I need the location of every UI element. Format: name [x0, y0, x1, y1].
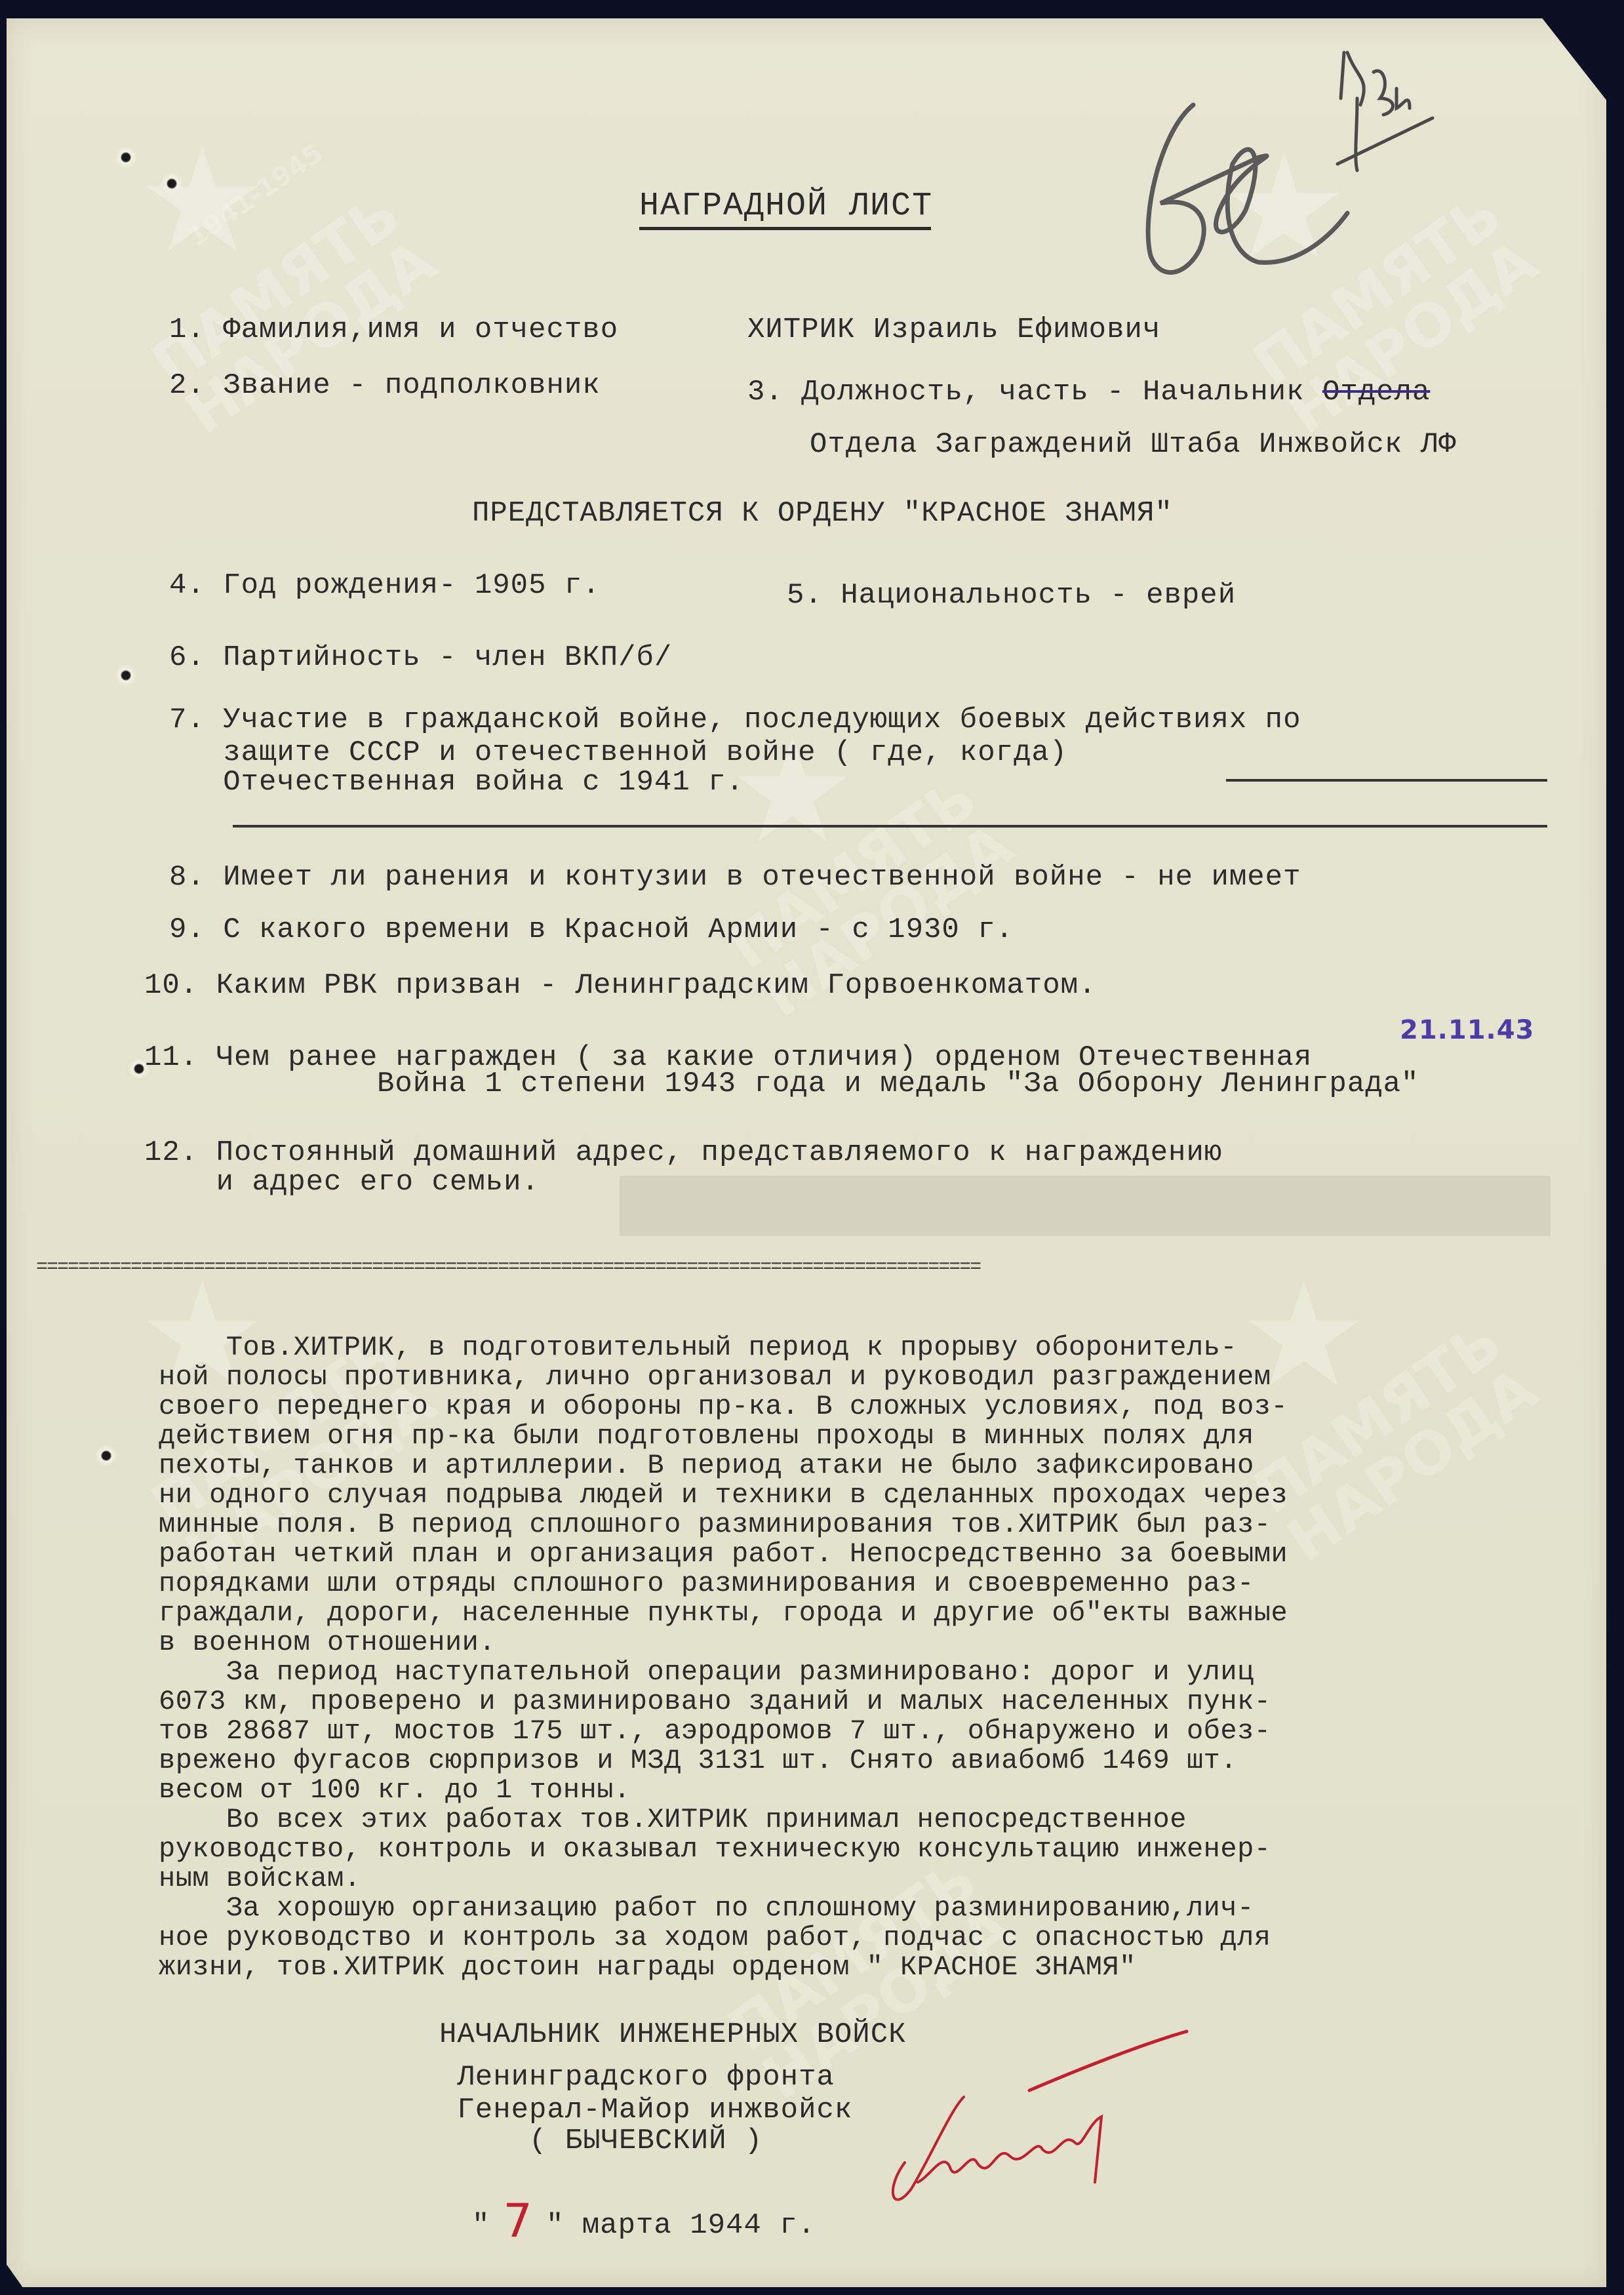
punch-hole	[115, 146, 137, 169]
handwritten-number	[1121, 0, 1619, 328]
narrative-line: пехоты, танков и артиллерии. В период ат…	[159, 1451, 1601, 1481]
narrative-line: врежено фугасов сюрпризов и МЗД 3131 шт.…	[159, 1746, 1601, 1776]
signature-red	[879, 2018, 1337, 2228]
narrative-line: тов 28687 шт, мостов 175 шт., аэродромов…	[159, 1717, 1601, 1746]
field-position: 3. Должность, часть - Начальник Отдела	[747, 376, 1430, 409]
narrative-line: граждали, дороги, населенные пункты, гор…	[159, 1599, 1601, 1628]
field-position-line2: Отдела Заграждений Штаба Инжвойск ЛФ	[810, 428, 1457, 461]
signatory-title: НАЧАЛЬНИК ИНЖЕНЕРНЫХ ВОЙСК	[439, 2018, 907, 2051]
narrative-line: ни одного случая подрыва людей и техники…	[159, 1481, 1601, 1510]
field-army-since: 9. С какого времени в Красной Армии - с …	[169, 913, 1014, 946]
narrative-line: в военном отношении.	[159, 1628, 1601, 1658]
narrative-line: весом от 100 кг. до 1 тонны.	[159, 1776, 1601, 1805]
field-full-name-label: 1. Фамилия,имя и отчество	[169, 313, 618, 346]
field-birth-year: 4. Год рождения- 1905 г.	[169, 569, 601, 602]
narrative-line: минные поля. В период сплошного разминир…	[159, 1510, 1601, 1540]
punch-hole	[161, 172, 183, 195]
fill-line	[1226, 779, 1547, 782]
field-draft-office: 10. Каким РВК призван - Ленинградским Го…	[144, 969, 1096, 1002]
field-full-name-value: ХИТРИК Израиль Ефимович	[747, 313, 1160, 346]
field-home-address-line2: и адрес его семьи.	[144, 1166, 540, 1199]
award-presented: ПРЕДСТАВЛЯЕТСЯ К ОРДЕНУ "КРАСНОЕ ЗНАМЯ"	[472, 497, 1173, 530]
field-war-participation-value: Отечественная война с 1941 г.	[169, 766, 744, 799]
signatory-unit: Ленинградского фронта	[439, 2061, 835, 2094]
fill-line	[233, 825, 1547, 828]
narrative-line: За период наступательной операции размин…	[159, 1658, 1601, 1687]
narrative-line: порядками шли отряды сплошного разминиро…	[159, 1569, 1601, 1599]
field-wounds: 8. Имеет ли ранения и контузии в отечест…	[169, 861, 1301, 894]
field-war-participation: 7. Участие в гражданской войне, последую…	[169, 704, 1301, 736]
narrative-line: Тов.ХИТРИК, в подготовительный период к …	[159, 1333, 1601, 1363]
field-previous-awards-line2: Война 1 степени 1943 года и медаль "За О…	[377, 1068, 1419, 1100]
narrative-line: 6073 км, проверено и разминировано здани…	[159, 1687, 1601, 1717]
handwritten-date-note: 21.11.43	[1400, 1015, 1534, 1045]
signatory-name: ( БЫЧЕВСКИЙ )	[439, 2125, 762, 2157]
field-rank: 2. Звание - подполковник	[169, 369, 601, 402]
narrative-line: действием огня пр-ка были подготовлены п…	[159, 1422, 1601, 1451]
title-underline	[639, 227, 931, 230]
redacted-address	[620, 1176, 1551, 1236]
field-party: 6. Партийность - член ВКП/б/	[169, 641, 672, 674]
date-day-handwritten: 7	[490, 2194, 546, 2248]
narrative-line: жизни, тов.ХИТРИК достоин награды ордено…	[159, 1953, 1601, 1982]
narrative-line: ной полосы противника, лично организовал…	[159, 1363, 1601, 1392]
document-page: ★ ПАМЯТЬ НАРОДА 1941-1945 ★ ПАМЯТЬ НАРОД…	[7, 18, 1606, 2287]
signature-date: "7" марта 1944 г.	[472, 2190, 816, 2244]
struck-word: Отдела	[1322, 376, 1430, 409]
field-nationality: 5. Национальность - еврей	[787, 579, 1236, 612]
field-war-participation-line2: защите СССР и отечественной войне ( где,…	[169, 736, 1067, 769]
punch-hole	[95, 1445, 117, 1467]
narrative-line: руководство, контроль и оказывал техниче…	[159, 1835, 1601, 1864]
narrative-line: своего переднего края и обороны пр-ка. В…	[159, 1392, 1601, 1422]
narrative-line: Во всех этих работах тов.ХИТРИК принимал…	[159, 1805, 1601, 1835]
field-home-address: 12. Постоянный домашний адрес, представл…	[144, 1136, 1222, 1169]
narrative: Тов.ХИТРИК, в подготовительный период к …	[159, 1333, 1601, 1982]
narrative-line: ным войскам.	[159, 1864, 1601, 1894]
punch-hole	[115, 664, 137, 687]
narrative-line: работан четкий план и организация работ.…	[159, 1540, 1601, 1569]
page-title: НАГРАДНОЙ ЛИСТ	[639, 188, 933, 225]
narrative-line: ное руководство и контроль за ходом рабо…	[159, 1923, 1601, 1953]
signatory-rank: Генерал-Майор инжвойск	[439, 2094, 852, 2126]
separator: ========================================…	[36, 1256, 1623, 1279]
narrative-line: За хорошую организацию работ по сплошном…	[159, 1894, 1601, 1923]
